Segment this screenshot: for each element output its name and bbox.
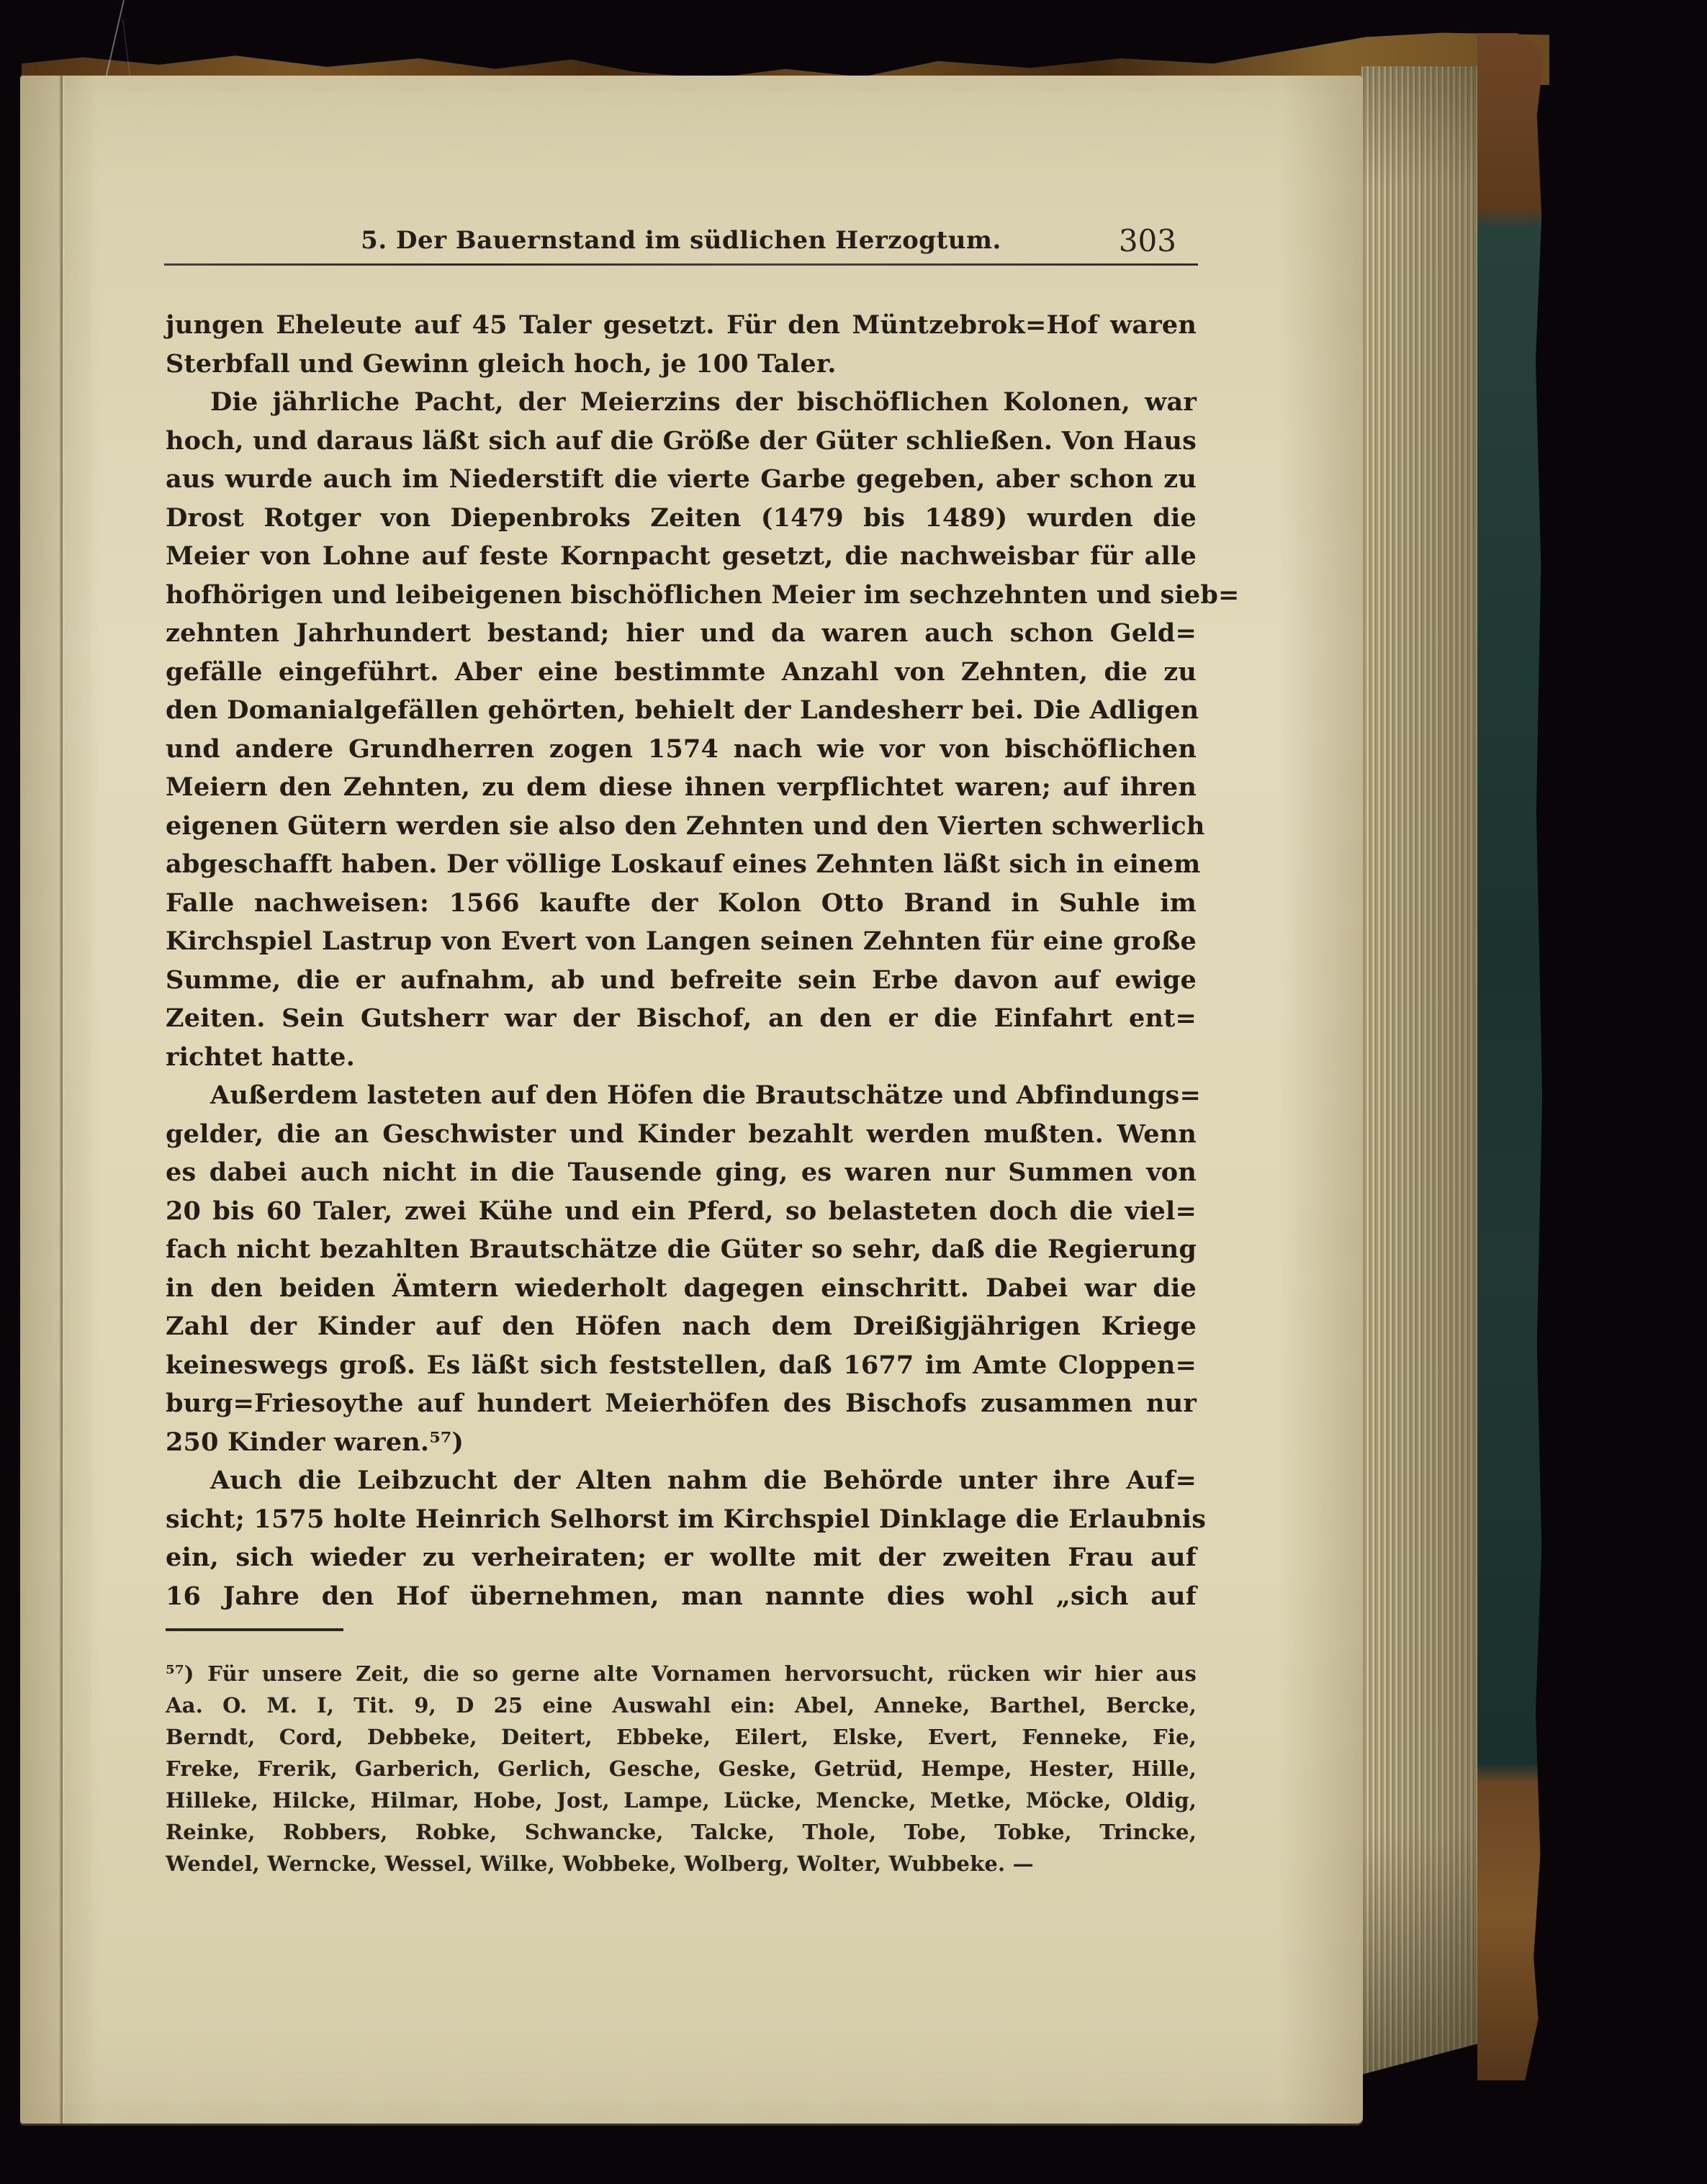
footnote-line: Freke, Frerik, Garberich, Gerlich, Gesch… — [166, 1753, 1197, 1784]
page-gutter-crease — [59, 76, 65, 2124]
text-line: Kirchspiel Lastrup von Evert von Langen … — [166, 922, 1197, 961]
text-line: aus wurde auch im Niederstift die vierte… — [166, 460, 1197, 499]
text-line: Auch die Leibzucht der Alten nahm die Be… — [166, 1461, 1197, 1500]
text-line: Falle nachweisen: 1566 kaufte der Kolon … — [166, 884, 1197, 923]
footnote-line: ⁵⁷) Für unsere Zeit, die so gerne alte V… — [166, 1658, 1197, 1689]
text-line: den Domanialgefällen gehörten, behielt d… — [166, 691, 1197, 730]
footnote-line: Berndt, Cord, Debbeke, Deitert, Ebbeke, … — [166, 1721, 1197, 1753]
footnote-line: Hilleke, Hilcke, Hilmar, Hobe, Jost, Lam… — [166, 1784, 1197, 1816]
text-line: keineswegs groß. Es läßt sich feststelle… — [166, 1346, 1197, 1385]
running-title: 5. Der Bauernstand im südlichen Herzogtu… — [361, 226, 1001, 255]
text-line: es dabei auch nicht in die Tausende ging… — [166, 1153, 1197, 1192]
text-line: gefälle eingeführt. Aber eine bestimmte … — [166, 653, 1197, 692]
text-line: hoch, und daraus läßt sich auf die Größe… — [166, 422, 1197, 461]
text-line: ein, sich wieder zu verheiraten; er woll… — [166, 1538, 1197, 1577]
text-line: Drost Rotger von Diepenbroks Zeiten (147… — [166, 499, 1197, 538]
page-block-fore-edge — [1361, 66, 1482, 2075]
body-text: jungen Eheleute auf 45 Taler gesetzt. Fü… — [166, 306, 1197, 1615]
header-rule — [164, 263, 1198, 266]
footnote-line: Wendel, Werncke, Wessel, Wilke, Wobbeke,… — [166, 1848, 1197, 1880]
text-line: Sterbfall und Gewinn gleich hoch, je 100… — [166, 345, 1197, 384]
page-number: 303 — [1119, 223, 1176, 258]
page-header: 5. Der Bauernstand im südlichen Herzogtu… — [166, 223, 1197, 261]
text-line: hofhörigen und leibeigenen bischöflichen… — [166, 576, 1197, 615]
text-line: Die jährliche Pacht, der Meierzins der b… — [166, 383, 1197, 422]
text-line: richtet hatte. — [166, 1038, 1197, 1077]
text-line: 250 Kinder waren.⁵⁷) — [166, 1423, 1197, 1462]
text-line: 16 Jahre den Hof übernehmen, man nannte … — [166, 1577, 1197, 1616]
text-line: burg=Friesoythe auf hundert Meierhöfen d… — [166, 1384, 1197, 1423]
text-line: und andere Grundherren zogen 1574 nach w… — [166, 730, 1197, 769]
scanned-book-photo: 5. Der Bauernstand im südlichen Herzogtu… — [0, 0, 1707, 2184]
text-line: Summe, die er aufnahm, ab und befreite s… — [166, 961, 1197, 1000]
text-line: fach nicht bezahlten Brautschätze die Gü… — [166, 1230, 1197, 1269]
text-line: jungen Eheleute auf 45 Taler gesetzt. Fü… — [166, 306, 1197, 345]
text-line: in den beiden Ämtern wiederholt dagegen … — [166, 1269, 1197, 1308]
footnote-line: Aa. O. M. I, Tit. 9, D 25 eine Auswahl e… — [166, 1689, 1197, 1721]
text-line: 20 bis 60 Taler, zwei Kühe und ein Pferd… — [166, 1192, 1197, 1231]
text-line: Außerdem lasteten auf den Höfen die Brau… — [166, 1076, 1197, 1115]
text-line: abgeschafft haben. Der völlige Loskauf e… — [166, 845, 1197, 884]
text-line: Zahl der Kinder auf den Höfen nach dem D… — [166, 1307, 1197, 1346]
book-page: 5. Der Bauernstand im südlichen Herzogtu… — [20, 76, 1363, 2124]
text-line: zehnten Jahrhundert bestand; hier und da… — [166, 614, 1197, 653]
footnote-line: Reinke, Robbers, Robke, Schwancke, Talck… — [166, 1816, 1197, 1848]
text-line: sicht; 1575 holte Heinrich Selhorst im K… — [166, 1500, 1197, 1539]
footnote-rule — [166, 1628, 343, 1631]
text-line: Meiern den Zehnten, zu dem diese ihnen v… — [166, 768, 1197, 807]
text-line: Zeiten. Sein Gutsherr war der Bischof, a… — [166, 999, 1197, 1038]
text-line: gelder, die an Geschwister und Kinder be… — [166, 1115, 1197, 1154]
footnote: ⁵⁷) Für unsere Zeit, die so gerne alte V… — [166, 1658, 1197, 1880]
text-line: Meier von Lohne auf feste Kornpacht gese… — [166, 537, 1197, 576]
book-cover-edge — [1477, 33, 1544, 2080]
text-line: eigenen Gütern werden sie also den Zehnt… — [166, 807, 1197, 846]
